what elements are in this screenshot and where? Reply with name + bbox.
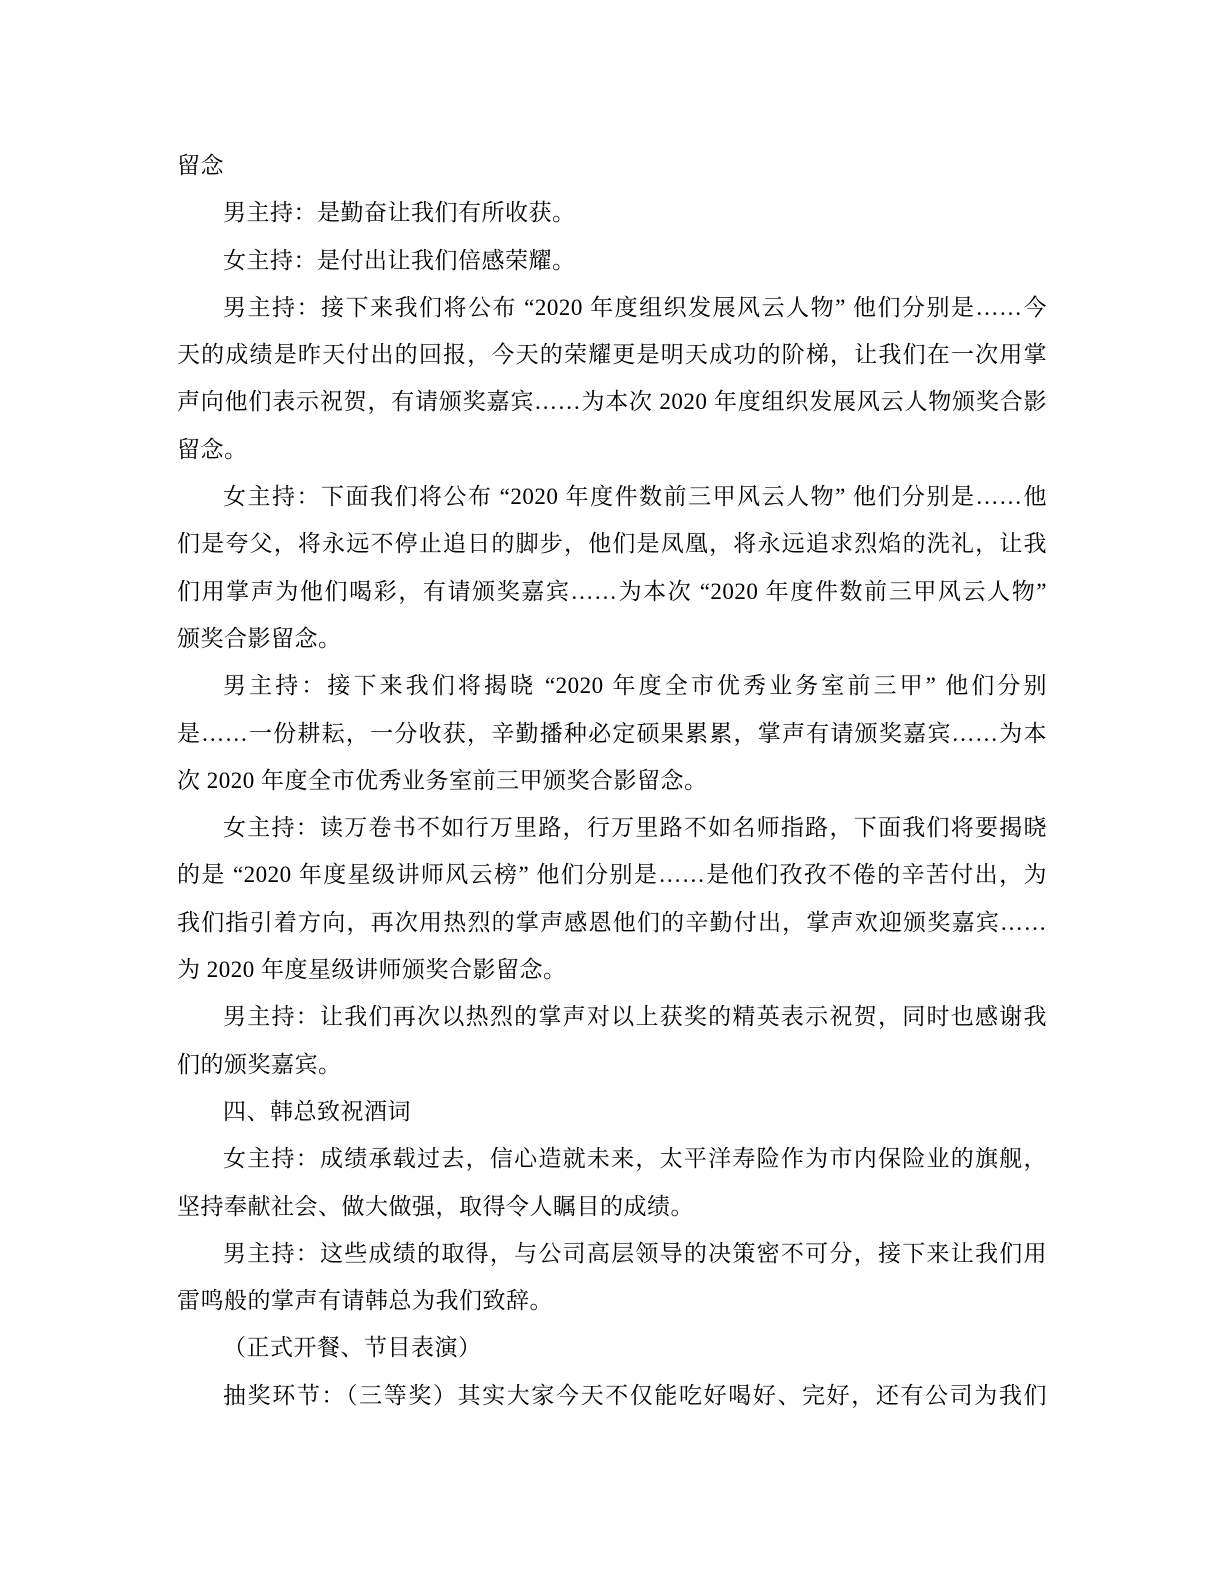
- text-line: 男主持：是勤奋让我们有所收获。: [177, 189, 1047, 236]
- text-line: 男主持：接下来我们将揭晓 “2020 年度全市优秀业务室前三甲” 他们分别: [177, 662, 1047, 709]
- text-line: （正式开餐、节目表演）: [177, 1324, 1047, 1371]
- text-line: 女主持：是付出让我们倍感荣耀。: [177, 237, 1047, 284]
- text-line: 我们指引着方向，再次用热烈的掌声感恩他们的辛勤付出，掌声欢迎颁奖嘉宾……: [177, 899, 1047, 946]
- text-line: 次 2020 年度全市优秀业务室前三甲颁奖合影留念。: [177, 757, 1047, 804]
- text-line: 们的颁奖嘉宾。: [177, 1041, 1047, 1088]
- text-line: 的是 “2020 年度星级讲师风云榜” 他们分别是……是他们孜孜不倦的辛苦付出，…: [177, 851, 1047, 898]
- text-line: 颁奖合影留念。: [177, 615, 1047, 662]
- text-line: 天的成绩是昨天付出的回报，今天的荣耀更是明天成功的阶梯，让我们在一次用掌: [177, 331, 1047, 378]
- text-line: 四、韩总致祝酒词: [177, 1088, 1047, 1135]
- text-line: 男主持：让我们再次以热烈的掌声对以上获奖的精英表示祝贺，同时也感谢我: [177, 993, 1047, 1040]
- text-line: 坚持奉献社会、做大做强，取得令人瞩目的成绩。: [177, 1183, 1047, 1230]
- text-line: 们用掌声为他们喝彩，有请颁奖嘉宾……为本次 “2020 年度件数前三甲风云人物”: [177, 568, 1047, 615]
- text-line: 雷鸣般的掌声有请韩总为我们致辞。: [177, 1277, 1047, 1324]
- text-line: 声向他们表示祝贺，有请颁奖嘉宾……为本次 2020 年度组织发展风云人物颁奖合影: [177, 378, 1047, 425]
- text-line: 们是夸父，将永远不停止追日的脚步，他们是凤凰，将永远追求烈焰的洗礼，让我: [177, 520, 1047, 567]
- text-line: 抽奖环节：（三等奖）其实大家今天不仅能吃好喝好、完好，还有公司为我们: [177, 1372, 1047, 1419]
- text-line: 男主持：这些成绩的取得，与公司高层领导的决策密不可分，接下来让我们用: [177, 1230, 1047, 1277]
- document-page: 留念男主持：是勤奋让我们有所收获。女主持：是付出让我们倍感荣耀。男主持：接下来我…: [0, 0, 1224, 1584]
- text-line: 为 2020 年度星级讲师颁奖合影留念。: [177, 946, 1047, 993]
- text-line: 留念: [177, 142, 1047, 189]
- text-line: 留念。: [177, 426, 1047, 473]
- text-line: 女主持：下面我们将公布 “2020 年度件数前三甲风云人物” 他们分别是……他: [177, 473, 1047, 520]
- document-body: 留念男主持：是勤奋让我们有所收获。女主持：是付出让我们倍感荣耀。男主持：接下来我…: [177, 142, 1047, 1419]
- text-line: 女主持：读万卷书不如行万里路，行万里路不如名师指路，下面我们将要揭晓: [177, 804, 1047, 851]
- text-line: 是……一份耕耘，一分收获，辛勤播种必定硕果累累，掌声有请颁奖嘉宾……为本: [177, 710, 1047, 757]
- text-line: 女主持：成绩承载过去，信心造就未来，太平洋寿险作为市内保险业的旗舰，: [177, 1135, 1047, 1182]
- text-line: 男主持：接下来我们将公布 “2020 年度组织发展风云人物” 他们分别是……今: [177, 284, 1047, 331]
